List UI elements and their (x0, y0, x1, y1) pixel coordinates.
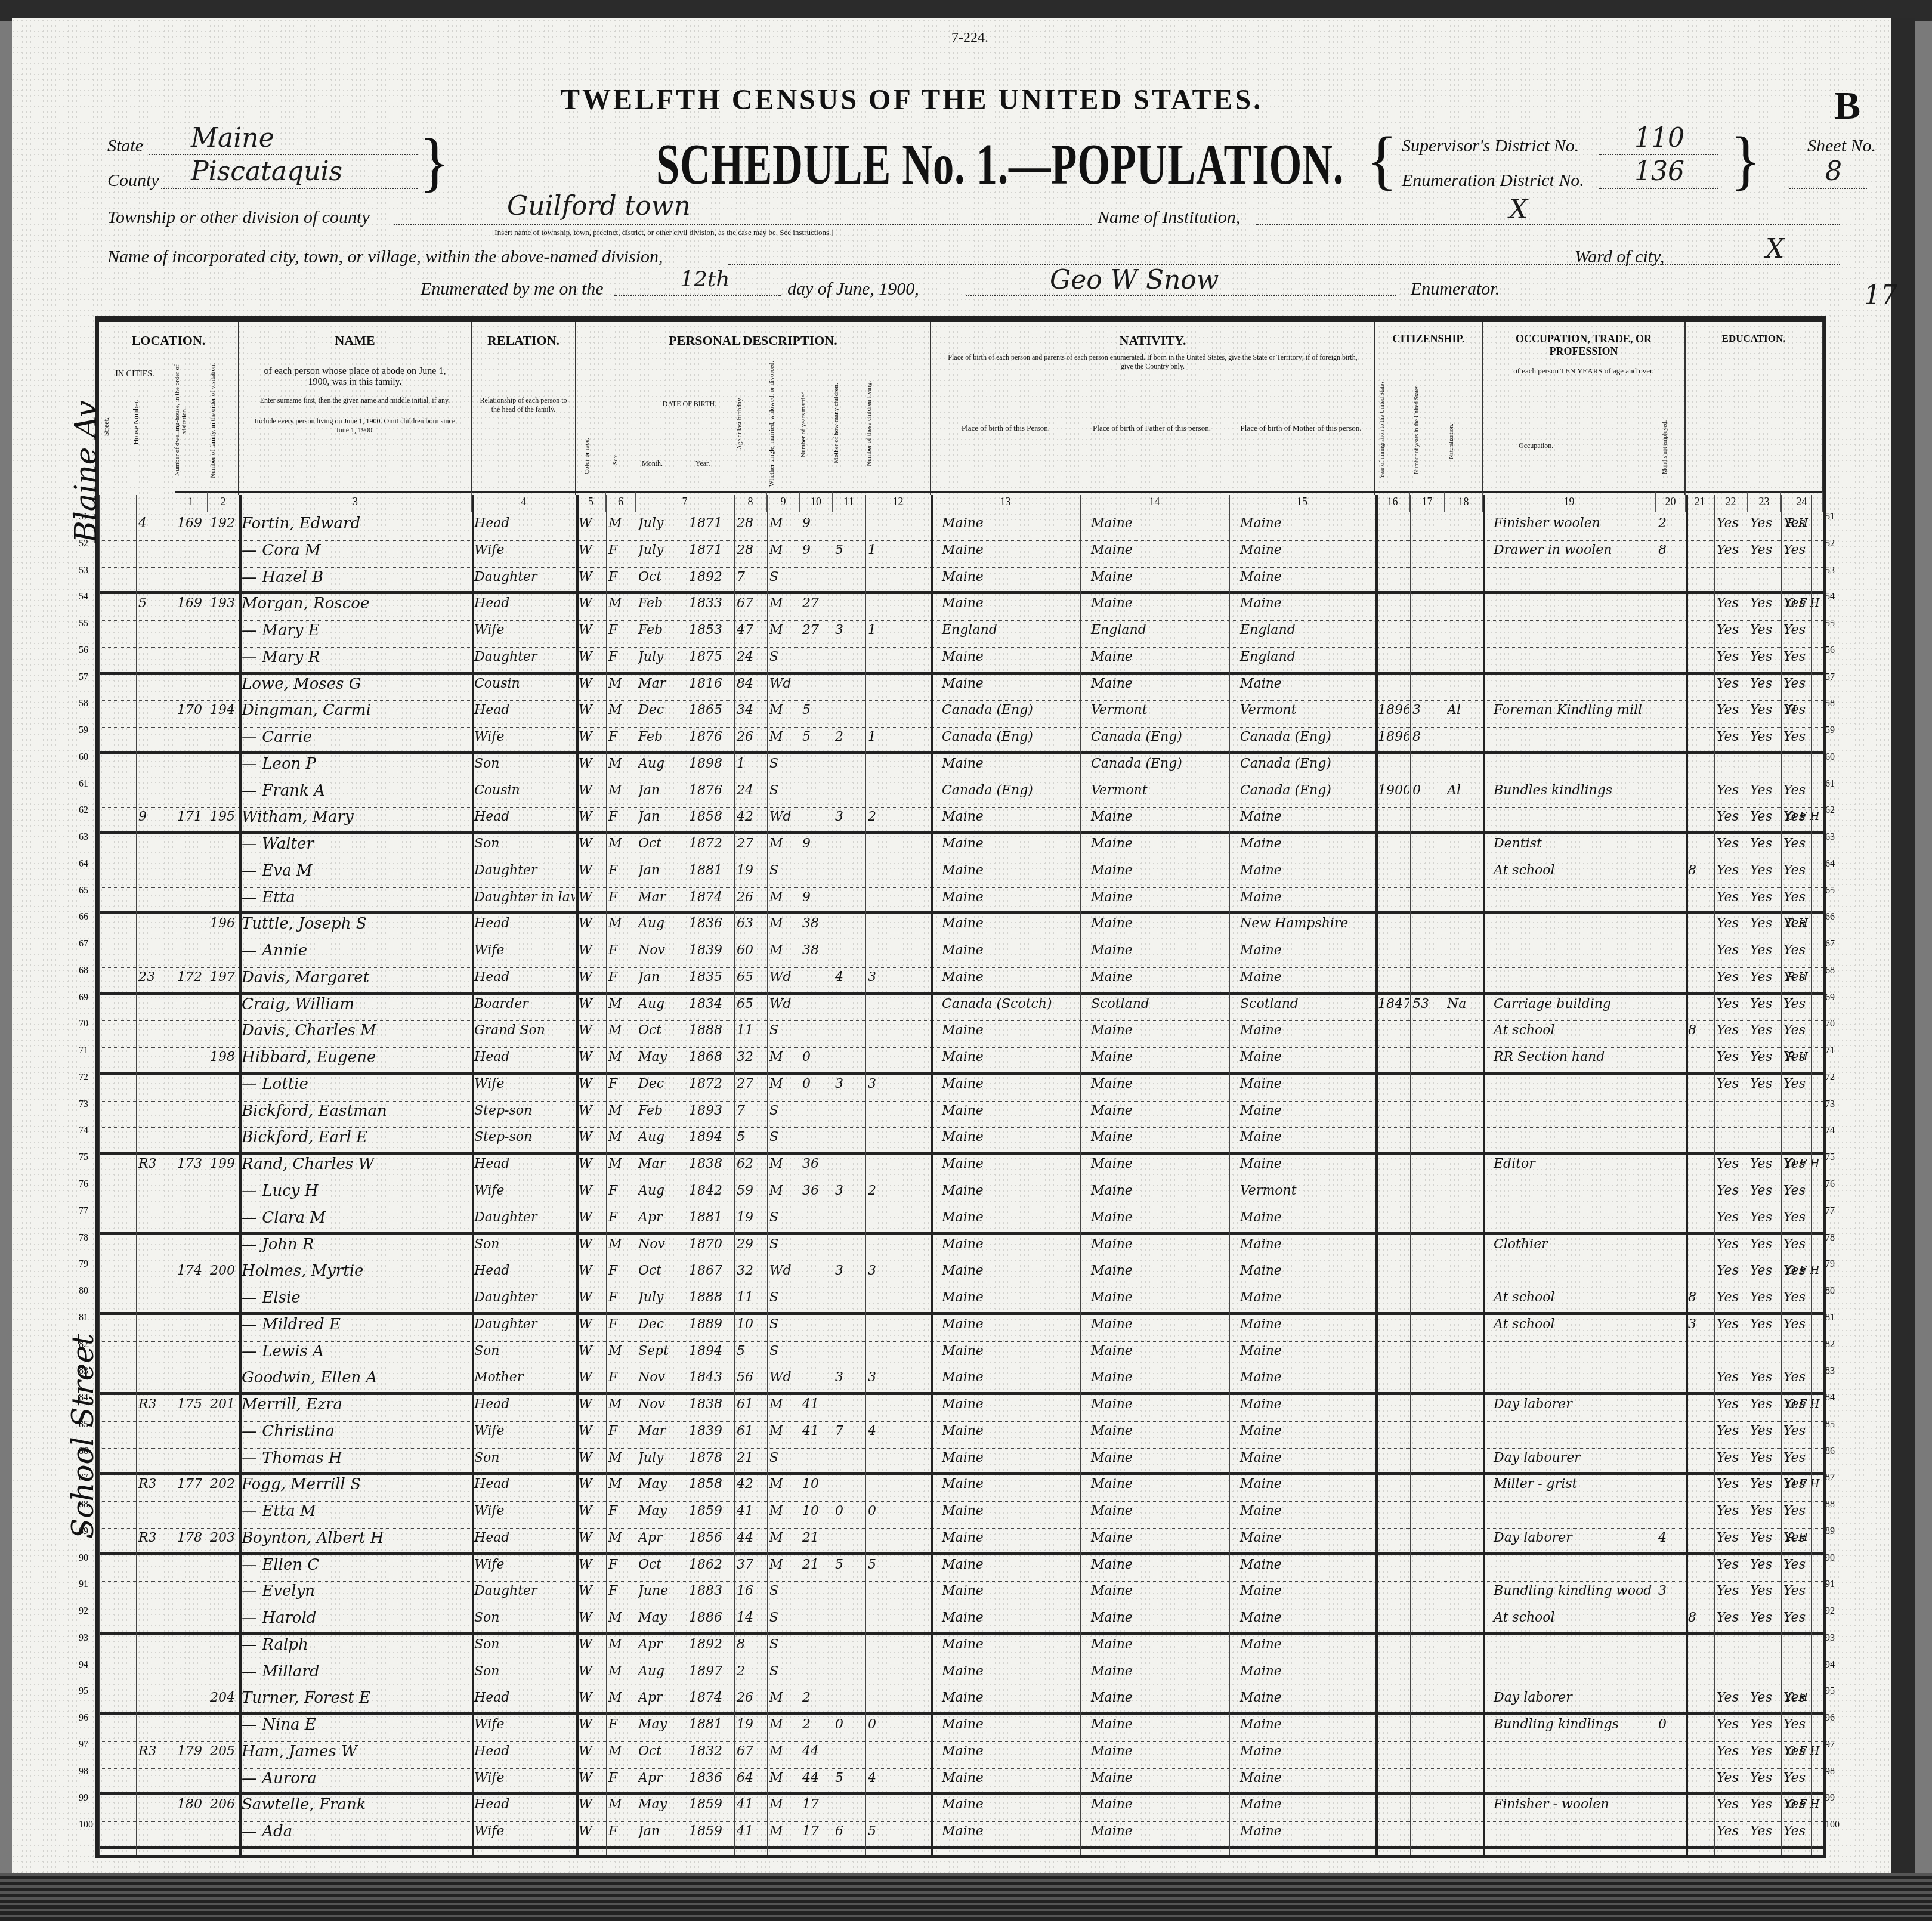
cell-pob-father: Maine (1083, 1475, 1237, 1501)
cell-ownership: R H (1787, 514, 1823, 540)
cell-mother-of: 7 (835, 1422, 864, 1448)
cell-marital: M (769, 1181, 799, 1208)
margin-mark: 17 (1864, 280, 1897, 311)
cell-natz (1447, 1529, 1482, 1552)
cell-marital: S (769, 1582, 799, 1608)
cell-family (210, 1075, 238, 1101)
cell-pob-father: Maine (1083, 1155, 1237, 1181)
cell-pob: Maine (933, 1715, 1087, 1741)
cell-dwelling: 169 (177, 514, 206, 540)
cell-occupation (1485, 648, 1663, 672)
cell-name: Merrill, Ezra (242, 1395, 471, 1421)
cell-year: 1872 (689, 834, 733, 861)
cell-natz (1447, 1555, 1482, 1582)
cell-sex: M (608, 1635, 635, 1662)
cell-write: Yes (1750, 834, 1780, 861)
cell-month: Oct (638, 1555, 685, 1582)
cell-school (1688, 1102, 1713, 1128)
cell-natz: Na (1447, 995, 1482, 1021)
cell-color: W (579, 1742, 605, 1768)
cell-year: 1878 (689, 1449, 733, 1473)
cell-read: Yes (1717, 1155, 1746, 1181)
street-heading: Street. (102, 417, 117, 436)
line-number: 79 (1825, 1259, 1835, 1270)
cell-ownership: O F H (1787, 594, 1823, 620)
cell-month: Feb (638, 728, 685, 751)
cell-immig (1378, 888, 1409, 912)
cell-house (138, 1769, 174, 1793)
cell-pob: Maine (933, 1208, 1087, 1232)
cell-color: W (579, 514, 605, 540)
cell-natz (1447, 914, 1482, 941)
cell-color: W (579, 1529, 605, 1552)
line-number: 58 (79, 698, 88, 709)
cell-age: 21 (737, 1449, 766, 1473)
cell-natz (1447, 541, 1482, 567)
cell-marital: S (769, 1102, 799, 1128)
cell-unemployed: 8 (1658, 541, 1684, 567)
cell-ownership (1787, 834, 1823, 861)
column-rule-speak (1781, 495, 1782, 1855)
occupation-subheading: Occupation. (1519, 441, 1553, 450)
cell-yrs-married: 0 (802, 1075, 831, 1101)
township-line (394, 224, 1092, 225)
cell-age: 44 (737, 1529, 766, 1552)
cell-natz (1447, 1635, 1482, 1662)
cell-occupation: Clothier (1485, 1235, 1663, 1261)
cell-pob: Maine (933, 594, 1087, 620)
cell-immig (1378, 1582, 1409, 1608)
cell-year: 1838 (689, 1395, 733, 1421)
cell-yrs-us (1412, 514, 1443, 540)
cell-yrs-us (1412, 1449, 1443, 1473)
cell-unemployed (1658, 1128, 1684, 1152)
cell-sex: M (608, 1102, 635, 1128)
column-rule-name (239, 495, 242, 1855)
cell-age: 61 (737, 1395, 766, 1421)
line-number: 60 (1825, 752, 1835, 763)
cell-unemployed (1658, 675, 1684, 701)
column-rule-dwelling (175, 495, 175, 1855)
cell-natz (1447, 1048, 1482, 1072)
column-rule-marital (767, 495, 768, 1855)
cell-house (138, 1075, 174, 1101)
line-number: 66 (1825, 912, 1835, 923)
cell-age: 7 (737, 1102, 766, 1128)
line-number: 73 (79, 1099, 88, 1110)
cell-school (1688, 1502, 1713, 1528)
ward-value: X (1766, 234, 1784, 264)
cell-yrs-married: 9 (802, 834, 831, 861)
cell-read: Yes (1717, 808, 1746, 831)
cell-yrs-married (802, 1582, 831, 1608)
cell-occupation (1485, 914, 1663, 941)
cell-family (210, 861, 238, 887)
cell-write: Yes (1750, 1395, 1780, 1421)
cell-marital: M (769, 1529, 799, 1552)
cell-year: 1876 (689, 781, 733, 808)
cell-unemployed (1658, 728, 1684, 751)
cell-family (210, 1502, 238, 1528)
cell-color: W (579, 1822, 605, 1846)
cell-relation: Son (474, 834, 575, 861)
cell-immig: 1896 (1378, 701, 1409, 727)
line-number: 91 (79, 1579, 88, 1590)
cell-pob: Canada (Eng) (933, 781, 1087, 808)
cell-natz (1447, 754, 1482, 781)
cell-name: — Thomas H (242, 1449, 471, 1473)
cell-color: W (579, 728, 605, 751)
cell-sex: M (608, 675, 635, 701)
table-row: R3177202Fogg, Merrill SHeadWMMay185842M1… (99, 1475, 1823, 1502)
line-number: 87 (79, 1473, 88, 1483)
cell-unemployed (1658, 1555, 1684, 1582)
cell-read: Yes (1717, 781, 1746, 808)
naturalization-heading: Naturalization. (1448, 394, 1455, 489)
cell-school (1688, 1795, 1713, 1821)
cell-pob: Maine (933, 648, 1087, 672)
line-number: 78 (1825, 1233, 1835, 1243)
cell-yrs-us (1412, 1555, 1443, 1582)
education-heading: EDUCATION. (1686, 322, 1822, 345)
line-number: 62 (79, 805, 88, 816)
line-number: 75 (79, 1152, 88, 1163)
birth-father-heading: Place of birth of Father of this person. (1083, 423, 1220, 433)
cell-immig (1378, 1662, 1409, 1688)
cell-pob-father: Maine (1083, 1048, 1237, 1072)
table-row: — Mary EWifeWFFeb185347M2731EnglandEngla… (99, 621, 1823, 648)
cell-name: — Cora M (242, 541, 471, 567)
cell-family: 192 (210, 514, 238, 540)
cell-pob-father: Maine (1083, 648, 1237, 672)
cell-color: W (579, 941, 605, 967)
cell-family (210, 995, 238, 1021)
cell-age: 34 (737, 701, 766, 727)
cell-sex: M (608, 1475, 635, 1501)
cell-year: 1838 (689, 1155, 733, 1181)
table-row: — EttaDaughter in lawWFMar187426M9MaineM… (99, 888, 1823, 915)
cell-relation: Son (474, 1608, 575, 1632)
enumeration-district-label: Enumeration District No. (1402, 171, 1584, 191)
cell-school (1688, 1715, 1713, 1741)
line-number: 90 (1825, 1553, 1835, 1564)
cell-family: 201 (210, 1395, 238, 1421)
cell-pob-mother: Maine (1232, 1688, 1383, 1712)
cell-name: — Walter (242, 834, 471, 861)
line-number: 62 (1825, 805, 1835, 816)
cell-sex: M (608, 1048, 635, 1072)
cell-house (138, 1449, 174, 1473)
cell-occupation: Miller - grist (1485, 1475, 1663, 1501)
table-row: 180206Sawtelle, FrankHeadWMMay185941M17M… (99, 1795, 1823, 1822)
cell-write (1750, 568, 1780, 592)
cell-pob-mother: Maine (1232, 1449, 1383, 1473)
cell-name: — Hazel B (242, 568, 471, 592)
cell-write: Yes (1750, 1288, 1780, 1312)
cell-year: 1859 (689, 1502, 733, 1528)
cell-month: June (638, 1582, 685, 1608)
cell-school (1688, 1342, 1713, 1368)
cell-yrs-married: 36 (802, 1155, 831, 1181)
cell-unemployed (1658, 1288, 1684, 1312)
cell-pob-father: Maine (1083, 861, 1237, 887)
cell-living (868, 568, 930, 592)
cell-mother-of (835, 995, 864, 1021)
cell-family (210, 1582, 238, 1608)
column-number: 23 (1748, 491, 1781, 512)
cell-write: Yes (1750, 1529, 1780, 1552)
cell-natz (1447, 1261, 1482, 1288)
cell-pob: Maine (933, 968, 1087, 992)
cell-sex: M (608, 1688, 635, 1712)
cell-pob-father: Maine (1083, 808, 1237, 831)
cell-read: Yes (1717, 1021, 1746, 1047)
cell-relation: Mother (474, 1368, 575, 1392)
line-number: 67 (79, 939, 88, 949)
cell-living (868, 861, 930, 887)
cell-dwelling (177, 1048, 206, 1072)
cell-unemployed (1658, 1688, 1684, 1712)
state-value: Maine (191, 123, 274, 153)
column-number: 1 (175, 491, 208, 512)
cell-family (210, 728, 238, 751)
cell-house (138, 1315, 174, 1341)
cell-sex: F (608, 861, 635, 887)
cell-name: — Lottie (242, 1075, 471, 1101)
line-number: 92 (79, 1606, 88, 1617)
cell-immig (1378, 1395, 1409, 1421)
cell-unemployed (1658, 1475, 1684, 1501)
header-occupation: OCCUPATION, TRADE, OR PROFESSION of each… (1483, 322, 1686, 495)
cell-living (868, 648, 930, 672)
cell-pob-father: Vermont (1083, 701, 1237, 727)
cell-pob: Maine (933, 675, 1087, 701)
cell-occupation: At school (1485, 1608, 1663, 1632)
cell-living (868, 701, 930, 727)
sheet-number-line (1789, 188, 1867, 189)
cell-color: W (579, 1395, 605, 1421)
column-rule-pob_father (1080, 495, 1081, 1855)
cell-marital: M (769, 834, 799, 861)
cell-year: 1816 (689, 675, 733, 701)
cell-pob-father: Maine (1083, 1395, 1237, 1421)
cell-read: Yes (1717, 834, 1746, 861)
cell-month: May (638, 1475, 685, 1501)
cell-immig (1378, 861, 1409, 887)
cell-ownership (1787, 675, 1823, 701)
cell-pob-mother: Maine (1232, 1075, 1383, 1101)
cell-name: — Harold (242, 1608, 471, 1632)
column-rule-family (208, 495, 208, 1855)
cell-occupation: Carriage building (1485, 995, 1663, 1021)
cell-ownership (1787, 1075, 1823, 1101)
line-number: 76 (1825, 1179, 1835, 1190)
cell-mother-of: 0 (835, 1715, 864, 1741)
cell-occupation: At school (1485, 1288, 1663, 1312)
cell-relation: Son (474, 1662, 575, 1688)
cell-month: Nov (638, 1395, 685, 1421)
cell-natz (1447, 861, 1482, 887)
cell-dwelling (177, 1128, 206, 1152)
column-rule-immig (1375, 495, 1378, 1855)
cell-house (138, 781, 174, 808)
cell-marital: M (769, 914, 799, 941)
cell-ownership (1787, 568, 1823, 592)
table-row: — Hazel BDaughterWFOct18927SMaineMaineMa… (99, 568, 1823, 595)
cell-unemployed (1658, 1795, 1684, 1821)
cell-pob: Maine (933, 514, 1087, 540)
cell-name: Craig, William (242, 995, 471, 1021)
cell-school (1688, 1155, 1713, 1181)
cell-name: — Mary E (242, 621, 471, 647)
month-heading: Month. (642, 459, 663, 468)
cell-living (868, 1315, 930, 1341)
cell-living (868, 1395, 930, 1421)
cell-dwelling: 178 (177, 1529, 206, 1552)
cell-yrs-married (802, 1449, 831, 1473)
line-number: 59 (1825, 725, 1835, 736)
cell-yrs-married: 17 (802, 1795, 831, 1821)
column-rule-street (99, 495, 100, 1855)
cell-color: W (579, 1635, 605, 1662)
cell-mother-of: 6 (835, 1822, 864, 1846)
cell-family: 204 (210, 1688, 238, 1712)
cell-read: Yes (1717, 1261, 1746, 1288)
cell-school (1688, 728, 1713, 751)
cell-natz (1447, 1662, 1482, 1688)
cell-unemployed (1658, 568, 1684, 592)
cell-read: Yes (1717, 1529, 1746, 1552)
cell-school (1688, 941, 1713, 967)
cell-month: Oct (638, 568, 685, 592)
cell-color: W (579, 1315, 605, 1341)
cell-age: 27 (737, 834, 766, 861)
table-row: 23172197Davis, MargaretHeadWFJan183565Wd… (99, 968, 1823, 995)
cell-occupation (1485, 1422, 1663, 1448)
cell-unemployed (1658, 701, 1684, 727)
cell-unemployed (1658, 648, 1684, 672)
cell-color: W (579, 1181, 605, 1208)
table-row: Davis, Charles MGrand SonWMOct188811SMai… (99, 1021, 1823, 1048)
table-row: — WalterSonWMOct187227M9MaineMaineMaineD… (99, 834, 1823, 861)
column-rule-mother_of (833, 495, 833, 1855)
cell-write: Yes (1750, 1555, 1780, 1582)
enumerator-name: Geo W Snow (1050, 265, 1219, 295)
line-number: 94 (79, 1660, 88, 1671)
cell-age: 27 (737, 1075, 766, 1101)
cell-relation: Daughter (474, 1208, 575, 1232)
cell-sex: F (608, 1315, 635, 1341)
cell-yrs-us (1412, 1342, 1443, 1368)
cell-age: 16 (737, 1582, 766, 1608)
column-number: 14 (1080, 491, 1229, 512)
cell-month: Feb (638, 621, 685, 647)
census-sheet: 7-224. TWELFTH CENSUS OF THE UNITED STAT… (12, 18, 1915, 1873)
cell-dwelling (177, 1208, 206, 1232)
cell-family: 206 (210, 1795, 238, 1821)
line-number: 96 (79, 1713, 88, 1724)
cell-marital: S (769, 1449, 799, 1473)
line-number: 54 (79, 592, 88, 602)
cell-occupation: Bundling kindling wood (1485, 1582, 1663, 1608)
cell-yrs-us (1412, 941, 1443, 967)
cell-sex: M (608, 1795, 635, 1821)
line-number: 75 (1825, 1152, 1835, 1163)
cell-age: 42 (737, 1475, 766, 1501)
cell-house (138, 541, 174, 567)
cell-relation: Daughter (474, 1288, 575, 1312)
cell-marital: Wd (769, 808, 799, 831)
cell-write: Yes (1750, 1449, 1780, 1473)
cell-sex: M (608, 754, 635, 781)
cell-yrs-married: 2 (802, 1688, 831, 1712)
cell-immig (1378, 675, 1409, 701)
cell-pob-mother: Canada (Eng) (1232, 781, 1383, 808)
cell-month: Aug (638, 914, 685, 941)
cell-house (138, 728, 174, 751)
cell-dwelling: 175 (177, 1395, 206, 1421)
column-rule-write (1748, 495, 1748, 1855)
cell-yrs-us (1412, 1688, 1443, 1712)
cell-occupation (1485, 1181, 1663, 1208)
cell-living: 3 (868, 1368, 930, 1392)
cell-yrs-us: 8 (1412, 728, 1443, 751)
column-number: 5 (576, 491, 606, 512)
cell-name: — Mary R (242, 648, 471, 672)
cell-age: 1 (737, 754, 766, 781)
cell-read: Yes (1717, 541, 1746, 567)
line-number: 84 (1825, 1393, 1835, 1403)
line-number: 92 (1825, 1606, 1835, 1617)
cell-month: May (638, 1048, 685, 1072)
cell-house (138, 861, 174, 887)
cell-relation: Head (474, 1261, 575, 1288)
cell-natz (1447, 968, 1482, 992)
table-row: Bickford, Earl EStep-sonWMAug18945SMaine… (99, 1128, 1823, 1155)
cell-natz (1447, 1715, 1482, 1741)
district-brace-left: { (1366, 122, 1398, 198)
cell-immig (1378, 1315, 1409, 1341)
cell-natz (1447, 1475, 1482, 1501)
cell-unemployed (1658, 1261, 1684, 1288)
cell-natz (1447, 941, 1482, 967)
cell-age: 65 (737, 968, 766, 992)
cell-name: — Eva M (242, 861, 471, 887)
cell-ownership: O F H (1787, 1742, 1823, 1768)
cell-month: Oct (638, 1261, 685, 1288)
cell-color: W (579, 1795, 605, 1821)
cell-pob-mother: Maine (1232, 888, 1383, 912)
cell-yrs-us (1412, 1368, 1443, 1392)
cell-ownership (1787, 1102, 1823, 1128)
cell-year: 1889 (689, 1315, 733, 1341)
cell-month: Mar (638, 888, 685, 912)
cell-marital: S (769, 1342, 799, 1368)
cell-immig (1378, 541, 1409, 567)
cell-pob-father: Maine (1083, 1449, 1237, 1473)
column-number: 19 (1483, 491, 1656, 512)
cell-year: 1897 (689, 1662, 733, 1688)
cell-month: Apr (638, 1208, 685, 1232)
cell-school: 8 (1688, 1288, 1713, 1312)
cell-read: Yes (1717, 941, 1746, 967)
cell-marital: Wd (769, 1261, 799, 1288)
cell-color: W (579, 1021, 605, 1047)
cell-relation: Daughter (474, 648, 575, 672)
table-row: 9171195Witham, MaryHeadWFJan185842Wd32Ma… (99, 808, 1823, 834)
cell-marital: M (769, 1715, 799, 1741)
cell-natz (1447, 648, 1482, 672)
